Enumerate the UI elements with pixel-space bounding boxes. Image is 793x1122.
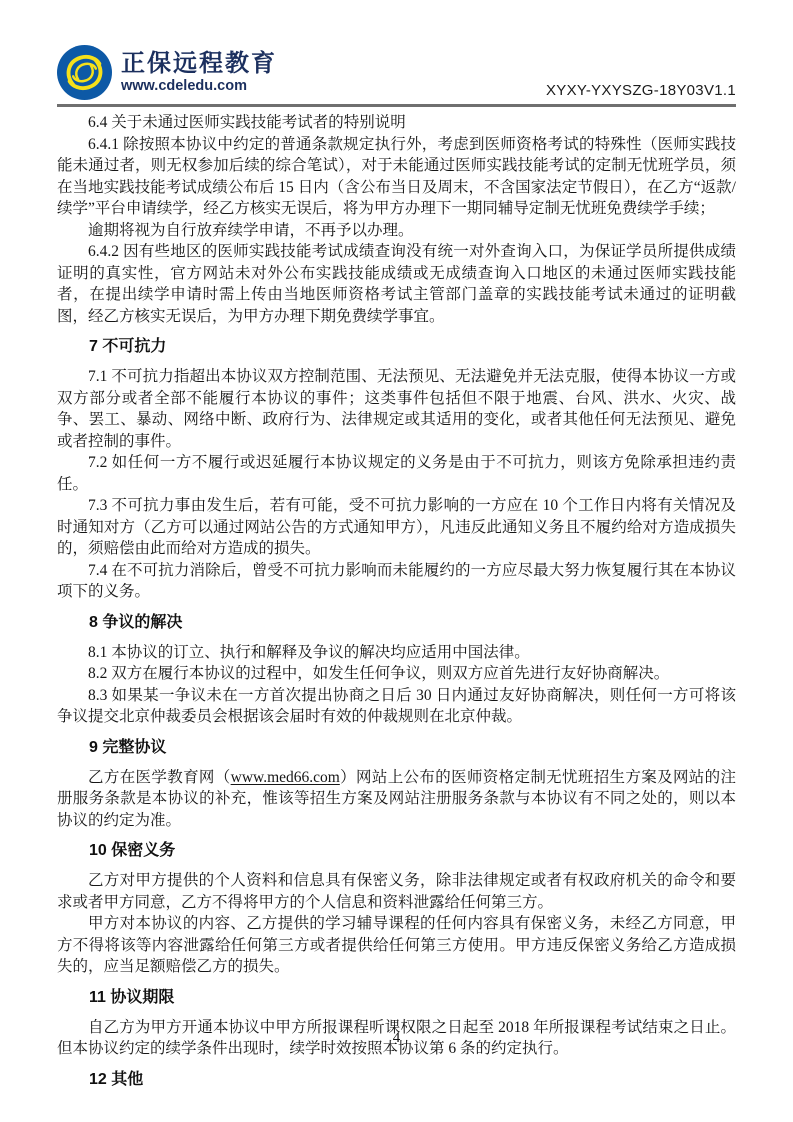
- brand-text: 正保远程教育 www.cdeledu.com: [121, 50, 277, 95]
- clause-6-4-1: 6.4.1 除按照本协议中约定的普通条款规定执行外，考虑到医师资格考试的特殊性（…: [57, 134, 736, 220]
- document-code: XYXY-YXYSZG-18Y03V1.1: [546, 82, 736, 100]
- clause-9-text-pre: 乙方在医学教育网（: [88, 769, 231, 786]
- section-heading-7-force-majeure: 7 不可抗力: [57, 336, 736, 358]
- med66-link[interactable]: www.med66.com: [231, 769, 340, 786]
- clause-7-2: 7.2 如任何一方不履行或迟延履行本协议规定的义务是由于不可抗力，则该方免除承担…: [57, 452, 736, 495]
- brand-name: 正保远程教育: [121, 50, 277, 78]
- clause-8-1: 8.1 本协议的订立、执行和解释及争议的解决均应适用中国法律。: [57, 642, 736, 664]
- clause-10-2: 甲方对本协议的内容、乙方提供的学习辅导课程的任何内容具有保密义务，未经乙方同意，…: [57, 913, 736, 978]
- clause-6-4-title: 6.4 关于未通过医师实践技能考试者的特别说明: [57, 112, 736, 134]
- clause-8-2: 8.2 双方在履行本协议的过程中，如发生任何争议，则双方应首先进行友好协商解决。: [57, 663, 736, 685]
- clause-7-4: 7.4 在不可抗力消除后，曾受不可抗力影响而未能履约的一方应尽最大努力恢复履行其…: [57, 560, 736, 603]
- brand-url: www.cdeledu.com: [121, 78, 277, 95]
- section-heading-11-agreement-term: 11 协议期限: [57, 987, 736, 1009]
- document-body: 6.4 关于未通过医师实践技能考试者的特别说明 6.4.1 除按照本协议中约定的…: [57, 112, 736, 1091]
- section-heading-9-entire-agreement: 9 完整协议: [57, 737, 736, 759]
- section-heading-12-miscellaneous: 12 其他: [57, 1069, 736, 1091]
- brand-logo: 正保远程教育 www.cdeledu.com: [57, 45, 277, 100]
- section-heading-10-confidentiality: 10 保密义务: [57, 840, 736, 862]
- clause-7-1: 7.1 不可抗力指超出本协议双方控制范围、无法预见、无法避免并无法克服，使得本协…: [57, 366, 736, 452]
- clause-6-4-2: 6.4.2 因有些地区的医师实践技能考试成绩查询没有统一对外查询入口，为保证学员…: [57, 241, 736, 327]
- page-header: 正保远程教育 www.cdeledu.com XYXY-YXYSZG-18Y03…: [57, 45, 736, 100]
- page-number: 4: [0, 1030, 793, 1047]
- clause-10-1: 乙方对甲方提供的个人资料和信息具有保密义务，除非法律规定或者有权政府机关的命令和…: [57, 870, 736, 913]
- clause-overdue-note: 逾期将视为自行放弃续学申请，不再予以办理。: [57, 220, 736, 242]
- clause-8-3: 8.3 如果某一争议未在一方首次提出协商之日后 30 日内通过友好协商解决，则任…: [57, 685, 736, 728]
- section-heading-8-dispute-resolution: 8 争议的解决: [57, 612, 736, 634]
- globe-swirl-icon: [57, 45, 112, 100]
- clause-9-paragraph: 乙方在医学教育网（www.med66.com）网站上公布的医师资格定制无忧班招生…: [57, 767, 736, 832]
- header-divider: [57, 104, 736, 107]
- clause-7-3: 7.3 不可抗力事由发生后，若有可能，受不可抗力影响的一方应在 10 个工作日内…: [57, 495, 736, 560]
- document-page: 正保远程教育 www.cdeledu.com XYXY-YXYSZG-18Y03…: [0, 0, 793, 1122]
